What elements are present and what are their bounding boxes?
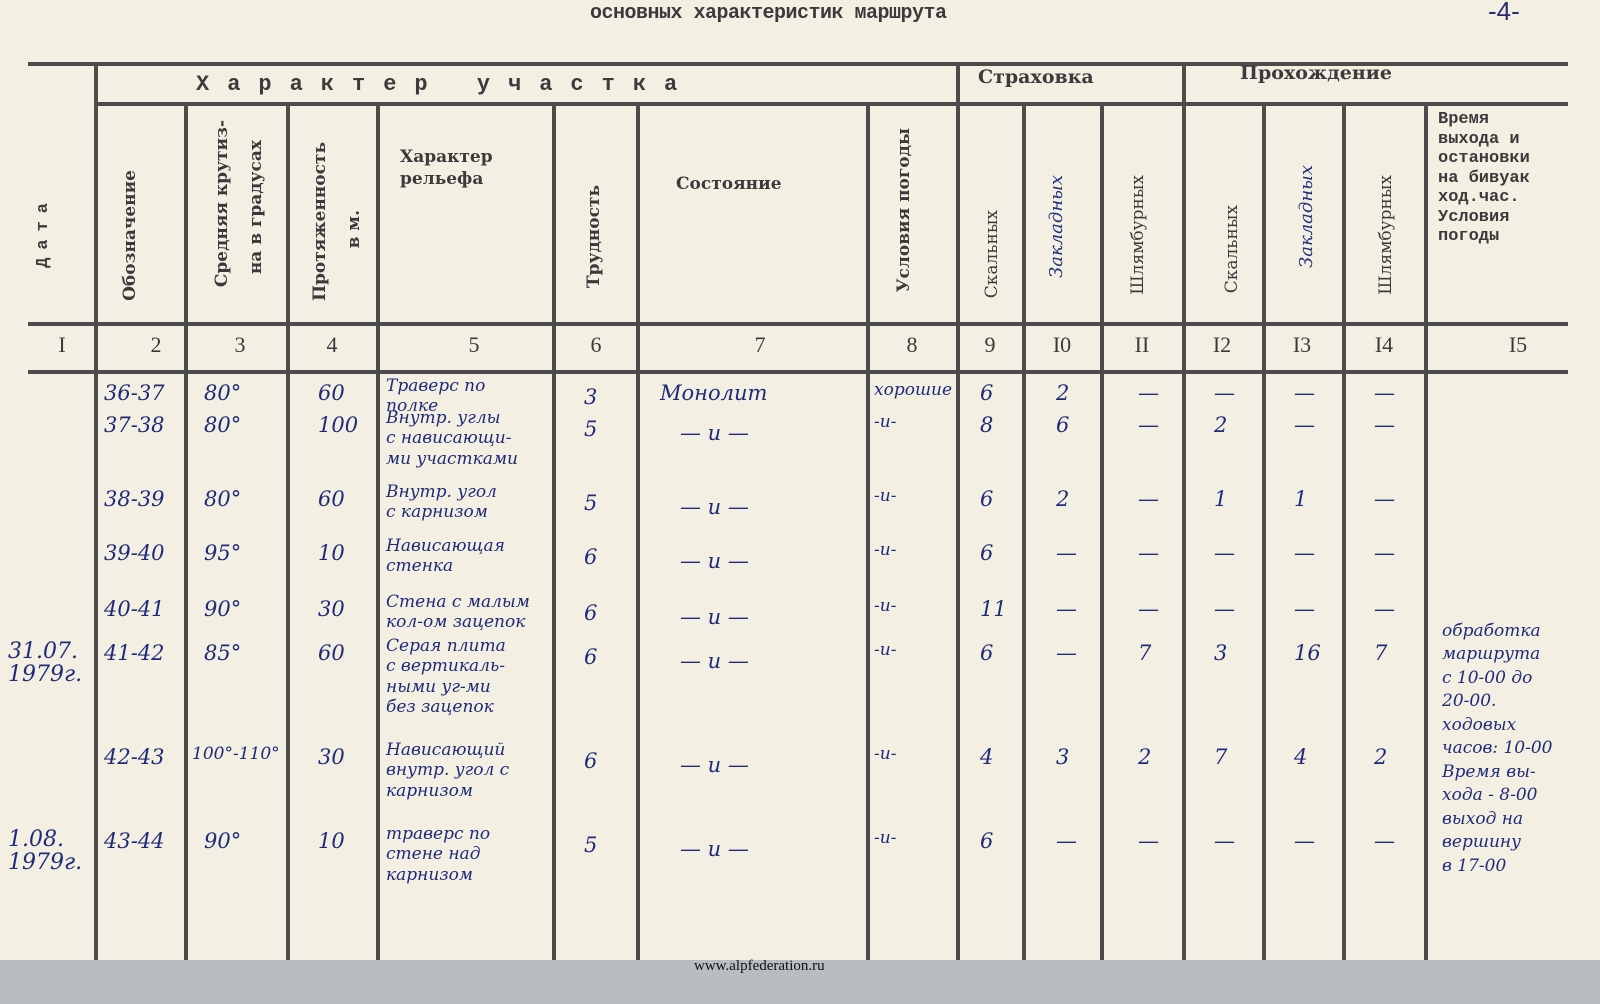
time-weather-notes: обработка маршрута с 10-00 до 20-00. ход…	[1442, 620, 1553, 878]
cell-difficulty: 3	[584, 386, 597, 408]
cell-date: 31.07. 1979г.	[8, 640, 82, 686]
cell-belay-nuts: 6	[1056, 414, 1069, 436]
header-belay-bolts: Шлямбурных	[1128, 175, 1148, 295]
cell-pass-bolts: —	[1374, 488, 1395, 510]
colnum-4: 4	[302, 332, 362, 358]
cell-pass-rock: —	[1214, 542, 1235, 564]
colnum-13: I3	[1272, 332, 1332, 358]
cell-steepness: 95°	[204, 542, 241, 564]
col-divider	[1262, 102, 1266, 960]
cell-date: 1.08. 1979г.	[8, 828, 82, 874]
cell-length: 60	[318, 488, 345, 510]
cell-pass-rock: —	[1214, 598, 1235, 620]
cell-pass-rock: 3	[1214, 642, 1227, 664]
cell-condition: Монолит	[660, 382, 767, 404]
cell-belay-rock: 8	[980, 414, 993, 436]
cell-pass-nuts: 1	[1294, 488, 1307, 510]
cell-relief: Серая плита с вертикаль- ными уг-ми без …	[386, 636, 506, 718]
cell-difficulty: 6	[584, 646, 597, 668]
header-relief: Характер рельефа	[400, 146, 530, 190]
cell-belay-rock: 4	[980, 746, 993, 768]
cell-condition: — и —	[680, 838, 749, 860]
cell-pass-rock: 7	[1214, 746, 1227, 768]
cell-steepness: 90°	[204, 830, 241, 852]
cell-steepness: 80°	[204, 488, 241, 510]
cell-pass-bolts: —	[1374, 382, 1395, 404]
header-date: Дата	[34, 195, 53, 268]
cell-belay-nuts: —	[1056, 542, 1077, 564]
col-divider	[1182, 62, 1186, 960]
colnum-6: 6	[566, 332, 626, 358]
cell-pass-nuts: —	[1294, 542, 1315, 564]
colnum-2: 2	[126, 332, 186, 358]
cell-pass-nuts: 4	[1294, 746, 1307, 768]
header-time-weather: Время выхода и остановки на бивуак ход.ч…	[1438, 110, 1530, 247]
cell-belay-nuts: 2	[1056, 382, 1069, 404]
col-divider	[956, 62, 960, 960]
colnum-10: I0	[1032, 332, 1092, 358]
colnum-5: 5	[444, 332, 504, 358]
cell-relief: Внутр. углы с нависающи- ми участками	[386, 408, 518, 469]
cell-relief: Внутр. угол с карнизом	[386, 482, 497, 523]
cell-difficulty: 5	[584, 492, 597, 514]
cell-condition: — и —	[680, 422, 749, 444]
cell-belay-bolts: —	[1138, 488, 1159, 510]
cell-difficulty: 6	[584, 602, 597, 624]
group-header-passage: Прохождение	[1240, 62, 1392, 84]
cell-belay-bolts: —	[1138, 598, 1159, 620]
rule-colnums-bottom	[28, 370, 1568, 374]
cell-segment: 36-37	[104, 382, 165, 404]
cell-weather: -и-	[874, 542, 896, 560]
footer-source: www.alpfederation.ru	[694, 958, 825, 975]
cell-belay-rock: 6	[980, 642, 993, 664]
cell-pass-nuts: 16	[1294, 642, 1321, 664]
colnum-9: 9	[960, 332, 1020, 358]
colnum-15: I5	[1488, 332, 1548, 358]
cell-weather: -и-	[874, 830, 896, 848]
cell-pass-nuts: —	[1294, 598, 1315, 620]
cell-belay-rock: 11	[980, 598, 1007, 620]
cell-condition: — и —	[680, 650, 749, 672]
cell-difficulty: 6	[584, 546, 597, 568]
cell-pass-nuts: —	[1294, 414, 1315, 436]
colnum-1: I	[32, 332, 92, 358]
rule-header-mid	[96, 102, 1568, 106]
cell-pass-bolts: —	[1374, 830, 1395, 852]
cell-belay-nuts: 3	[1056, 746, 1069, 768]
cell-steepness: 80°	[204, 382, 241, 404]
col-divider	[1342, 102, 1346, 960]
cell-pass-nuts: —	[1294, 830, 1315, 852]
cell-condition: — и —	[680, 606, 749, 628]
cell-pass-rock: 2	[1214, 414, 1227, 436]
page-number: -4-	[1488, 0, 1520, 27]
header-length-line1: Протяженность	[310, 142, 330, 301]
cell-steepness: 85°	[204, 642, 241, 664]
col-divider	[1424, 102, 1428, 960]
cell-difficulty: 6	[584, 750, 597, 772]
header-pass-bolts: Шлямбурных	[1376, 175, 1396, 295]
cell-pass-bolts: 2	[1374, 746, 1387, 768]
cell-belay-nuts: —	[1056, 642, 1077, 664]
header-difficulty: Трудность	[584, 185, 604, 288]
header-steepness-line1: Средняя крутиз-	[212, 120, 232, 287]
cell-length: 30	[318, 746, 345, 768]
cell-length: 100	[318, 414, 358, 436]
colnum-8: 8	[882, 332, 942, 358]
cell-relief: траверс по стене над карнизом	[386, 824, 490, 885]
cell-length: 60	[318, 382, 345, 404]
cell-weather: -и-	[874, 488, 896, 506]
cell-belay-bolts: —	[1138, 414, 1159, 436]
cell-difficulty: 5	[584, 418, 597, 440]
cell-belay-nuts: —	[1056, 598, 1077, 620]
document-page: основных характеристик маршрута -4- Хара…	[0, 0, 1600, 960]
cell-weather: -и-	[874, 642, 896, 660]
cell-steepness: 80°	[204, 414, 241, 436]
colnum-12: I2	[1192, 332, 1252, 358]
col-divider	[866, 102, 870, 960]
col-divider	[1022, 102, 1026, 960]
header-length-line2: в м.	[344, 210, 364, 248]
cell-segment: 43-44	[104, 830, 165, 852]
cell-length: 30	[318, 598, 345, 620]
col-divider	[636, 102, 640, 960]
cell-segment: 37-38	[104, 414, 165, 436]
cell-belay-nuts: 2	[1056, 488, 1069, 510]
col-divider	[286, 102, 290, 960]
colnum-11: II	[1112, 332, 1172, 358]
cell-belay-bolts: —	[1138, 830, 1159, 852]
cell-relief: Нависающая стенка	[386, 536, 505, 577]
col-divider	[184, 102, 188, 960]
cell-weather: -и-	[874, 414, 896, 432]
cell-length: 60	[318, 642, 345, 664]
group-header-section-character: Характер участка	[196, 72, 695, 97]
cell-condition: — и —	[680, 754, 749, 776]
cell-belay-bolts: 7	[1138, 642, 1151, 664]
cell-relief: Нависающий внутр. угол с карнизом	[386, 740, 509, 801]
cell-pass-rock: 1	[1214, 488, 1227, 510]
cell-pass-bolts: —	[1374, 414, 1395, 436]
cell-pass-bolts: —	[1374, 598, 1395, 620]
rule-header-bottom	[28, 322, 1568, 326]
cell-weather: хорошие	[874, 382, 952, 400]
header-condition: Состояние	[676, 174, 782, 194]
header-designation: Обозначение	[120, 170, 140, 301]
cell-pass-bolts: 7	[1374, 642, 1387, 664]
cell-segment: 42-43	[104, 746, 165, 768]
document-title: основных характеристик маршрута	[590, 2, 947, 25]
cell-segment: 39-40	[104, 542, 165, 564]
header-belay-nuts: Закладных	[1046, 175, 1067, 278]
colnum-7: 7	[730, 332, 790, 358]
cell-belay-rock: 6	[980, 488, 993, 510]
cell-segment: 41-42	[104, 642, 165, 664]
col-divider	[1100, 102, 1104, 960]
header-relief-label: Характер рельефа	[400, 147, 493, 189]
group-header-belay: Страховка	[978, 66, 1094, 88]
cell-length: 10	[318, 542, 345, 564]
cell-length: 10	[318, 830, 345, 852]
cell-segment: 40-41	[104, 598, 165, 620]
cell-pass-nuts: —	[1294, 382, 1315, 404]
header-steepness-line2: на в градусах	[246, 140, 266, 274]
col-divider	[94, 62, 98, 960]
cell-segment: 38-39	[104, 488, 165, 510]
cell-difficulty: 5	[584, 834, 597, 856]
cell-steepness: 90°	[204, 598, 241, 620]
cell-pass-rock: —	[1214, 830, 1235, 852]
cell-condition: — и —	[680, 550, 749, 572]
cell-belay-rock: 6	[980, 382, 993, 404]
header-pass-rock: Скальных	[1222, 205, 1242, 293]
cell-belay-bolts: —	[1138, 382, 1159, 404]
cell-pass-rock: —	[1214, 382, 1235, 404]
header-belay-rock: Скальных	[982, 210, 1002, 298]
cell-weather: -и-	[874, 746, 896, 764]
col-divider	[376, 102, 380, 960]
cell-relief: Стена с малым кол-ом зацепок	[386, 592, 530, 633]
header-weather: Условия погоды	[894, 128, 914, 292]
cell-belay-rock: 6	[980, 542, 993, 564]
cell-steepness: 100°-110°	[192, 746, 280, 764]
cell-pass-bolts: —	[1374, 542, 1395, 564]
colnum-3: 3	[210, 332, 270, 358]
cell-belay-nuts: —	[1056, 830, 1077, 852]
cell-belay-bolts: 2	[1138, 746, 1151, 768]
cell-condition: — и —	[680, 496, 749, 518]
cell-belay-rock: 6	[980, 830, 993, 852]
colnum-14: I4	[1354, 332, 1414, 358]
cell-belay-bolts: —	[1138, 542, 1159, 564]
col-divider	[552, 102, 556, 960]
header-pass-nuts: Закладных	[1296, 165, 1317, 268]
cell-weather: -и-	[874, 598, 896, 616]
